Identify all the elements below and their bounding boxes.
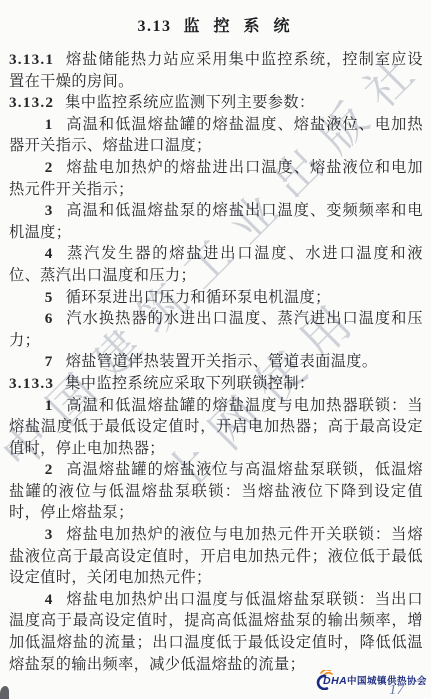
item-number: 2	[45, 159, 53, 176]
item-number: 3	[45, 202, 53, 219]
list-item: 4蒸汽发生器的熔盐进出口温度、水进口温度和液位、蒸汽出口温度和压力；	[9, 243, 423, 286]
item-text: 蒸汽发生器的熔盐进出口温度、水进口温度和液位、蒸汽出口温度和压力；	[9, 245, 423, 284]
list-item: 2熔盐电加热炉的熔盐进出口温度、熔盐液位和电加热元件开关指示；	[9, 157, 423, 200]
cdha-acronym: DHA	[323, 675, 347, 687]
item-text: 熔盐电加热炉的熔盐进出口温度、熔盐液位和电加热元件开关指示；	[9, 159, 423, 198]
list-item: 6汽水换热器的水进出口温度、蒸汽进出口温度和压力；	[9, 308, 423, 351]
item-text: 熔盐电加热炉的液位与电加热元件开关联锁：当熔盐液位高于最高设定值时，开启电加热元…	[9, 526, 423, 586]
page-content: 3.13监 控 系 统 3.13.1熔盐储能热力站应采用集中监控系统，控制室应设…	[9, 13, 423, 675]
item-text: 循环泵进出口压力和循环泵电机温度；	[66, 289, 331, 306]
list-item: 5循环泵进出口压力和循环泵电机温度；	[9, 287, 423, 309]
item-text: 熔盐电加热炉出口温度与低温熔盐泵联锁：当出口温度高于最高设定值时，提高高低温熔盐…	[9, 591, 423, 673]
item-text: 高温和低温熔盐泵的熔盐出口温度、变频频率和电机温度；	[9, 202, 423, 241]
item-number: 2	[45, 461, 53, 478]
clause-text: 集中监控系统应监测下列主要参数：	[65, 94, 314, 111]
list-item: 7熔盐管道伴热装置开关指示、管道表面温度。	[9, 351, 423, 373]
item-text: 高温和低温熔盐罐的熔盐温度与电加热器联锁：当熔盐温度低于最低设定值时，开启电加热…	[9, 397, 423, 457]
section-title-text: 监 控 系 统	[183, 18, 294, 35]
cdha-logo-icon: DHA	[314, 670, 344, 690]
section-title: 3.13监 控 系 统	[9, 13, 423, 36]
list-item: 3高温和低温熔盐泵的熔盐出口温度、变频频率和电机温度；	[9, 200, 423, 243]
clause-3-13-2: 3.13.2集中监控系统应监测下列主要参数：	[9, 92, 423, 114]
clause-3-13-3: 3.13.3集中监控系统应采取下列联锁控制：	[9, 373, 423, 395]
list-item: 4熔盐电加热炉出口温度与低温熔盐泵联锁：当出口温度高于最高设定值时，提高高低温熔…	[9, 589, 423, 675]
list-item: 1高温和低温熔盐罐的熔盐温度与电加热器联锁：当熔盐温度低于最低设定值时，开启电加…	[9, 395, 423, 460]
clause-number: 3.13.2	[9, 94, 54, 111]
item-number: 1	[45, 397, 53, 414]
item-number: 3	[45, 526, 53, 543]
section-number: 3.13	[137, 18, 171, 35]
item-number: 7	[45, 353, 53, 370]
item-text: 熔盐管道伴热装置开关指示、管道表面温度。	[66, 353, 378, 370]
item-text: 高温和低温熔盐罐的熔盐温度、熔盐液位、电加热器开关指示、熔盐进口温度；	[9, 116, 423, 155]
item-number: 1	[45, 116, 53, 133]
item-number: 5	[45, 289, 53, 306]
item-number: 6	[45, 310, 53, 327]
association-name: 中国城镇供热协会	[347, 673, 427, 687]
item-text: 汽水换热器的水进出口温度、蒸汽进出口温度和压力；	[9, 310, 423, 349]
scan-artifact	[0, 686, 9, 699]
page-number: 17	[389, 682, 404, 699]
list-item: 2高温熔盐罐的熔盐液位与高温熔盐泵联锁，低温熔盐罐的液位与低温熔盐泵联锁：当熔盐…	[9, 459, 423, 524]
clause-3-13-1: 3.13.1熔盐储能热力站应采用集中监控系统，控制室应设置在干燥的房间。	[9, 49, 423, 92]
clause-number: 3.13.3	[9, 375, 54, 392]
clause-text: 集中监控系统应采取下列联锁控制：	[65, 375, 314, 392]
list-item: 1高温和低温熔盐罐的熔盐温度、熔盐液位、电加热器开关指示、熔盐进口温度；	[9, 114, 423, 157]
list-item: 3熔盐电加热炉的液位与电加热元件开关联锁：当熔盐液位高于最高设定值时，开启电加热…	[9, 524, 423, 589]
item-number: 4	[45, 245, 53, 262]
clause-text: 熔盐储能热力站应采用集中监控系统，控制室应设置在干燥的房间。	[9, 51, 423, 90]
clause-number: 3.13.1	[9, 51, 54, 68]
item-number: 4	[45, 591, 53, 608]
item-text: 高温熔盐罐的熔盐液位与高温熔盐泵联锁，低温熔盐罐的液位与低温熔盐泵联锁：当熔盐液…	[9, 461, 423, 521]
document-page: 中国建筑工业出版社 上网使用 3.13监 控 系 统 3.13.1熔盐储能热力站…	[0, 0, 431, 699]
footer-logo: DHA 中国城镇供热协会	[314, 670, 427, 690]
